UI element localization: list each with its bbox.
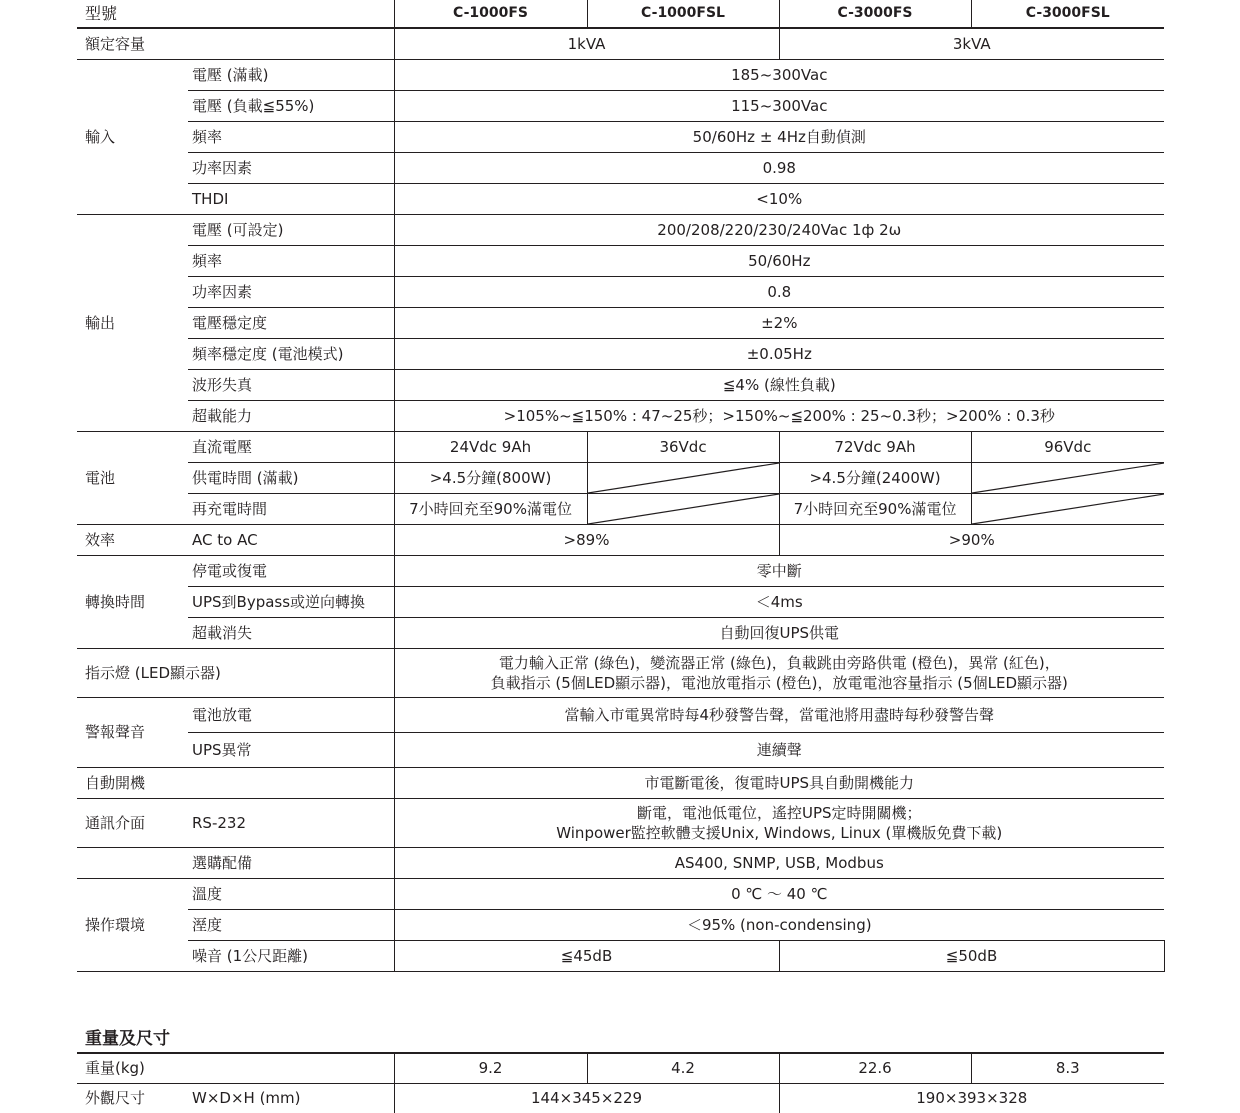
- output-label: 輸出: [77, 215, 188, 432]
- battery-recharge-time-label: 再充電時間: [188, 494, 394, 525]
- environment-label: 操作環境: [77, 879, 188, 972]
- input-row: 頻率 50/60Hz ± 4Hz自動偵測: [77, 122, 1164, 153]
- input-label: 輸入: [77, 60, 188, 215]
- input-row: 輸入 電壓 (滿載) 185~300Vac: [77, 60, 1164, 91]
- input-value: <10%: [394, 184, 1164, 215]
- transfer-row: 轉換時間 停電或復電 零中斷: [77, 556, 1164, 587]
- efficiency-value-1k: >89%: [394, 525, 779, 556]
- not-applicable-cell: [587, 463, 779, 494]
- battery-row: 供電時間 (滿載) >4.5分鐘(800W) >4.5分鐘(2400W): [77, 463, 1164, 494]
- comm-row: 通訊介面 RS-232 斷電，電池低電位，遙控UPS定時開關機； Winpowe…: [77, 799, 1164, 848]
- model-c1000fs: C-1000FS: [394, 0, 587, 28]
- output-sub-label: 電壓 (可設定): [188, 215, 394, 246]
- environment-noise-value-3k: ≦50dB: [779, 941, 1164, 972]
- alarm-value: 連續聲: [394, 733, 1164, 768]
- input-value: 50/60Hz ± 4Hz自動偵測: [394, 122, 1164, 153]
- output-sub-label: 功率因素: [188, 277, 394, 308]
- efficiency-label: 效率: [77, 525, 188, 556]
- rated-capacity-1k: 1kVA: [394, 28, 779, 60]
- section-title-weight-dimensions: 重量及尺寸: [85, 1024, 170, 1049]
- output-row: 頻率 50/60Hz: [77, 246, 1164, 277]
- input-sub-label: 電壓 (滿載): [188, 60, 394, 91]
- transfer-value: 零中斷: [394, 556, 1164, 587]
- indicator-row: 指示燈 (LED顯示器) 電力輸入正常 (綠色)，變流器正常 (綠色)，負載跳由…: [77, 649, 1164, 698]
- output-sub-label: 頻率穩定度 (電池模式): [188, 339, 394, 370]
- environment-noise-value-1k: ≦45dB: [394, 941, 779, 972]
- efficiency-value-3k: >90%: [779, 525, 1164, 556]
- dimensions-value-1k: 144×345×229: [394, 1084, 779, 1113]
- alarm-sub-label: 電池放電: [188, 698, 394, 733]
- auto-start-label: 自動開機: [77, 768, 394, 799]
- input-row: 電壓 (負載≦55%) 115~300Vac: [77, 91, 1164, 122]
- input-row: THDI <10%: [77, 184, 1164, 215]
- input-value: 0.98: [394, 153, 1164, 184]
- output-value: 50/60Hz: [394, 246, 1164, 277]
- weight-value: 8.3: [971, 1053, 1164, 1084]
- battery-dc-voltage-label: 直流電壓: [188, 432, 394, 463]
- indicator-line-1: 電力輸入正常 (綠色)，變流器正常 (綠色)，負載跳由旁路供電 (橙色)，異常 …: [395, 653, 1165, 673]
- transfer-sub-label: 停電或復電: [188, 556, 394, 587]
- environment-row: 操作環境 溫度 0 ℃ ～ 40 ℃: [77, 879, 1164, 910]
- output-sub-label: 頻率: [188, 246, 394, 277]
- battery-backup-time-value: >4.5分鐘(800W): [394, 463, 587, 494]
- indicator-line-2: 負載指示 (5個LED顯示器)，電池放電指示 (橙色)，放電電池容量指示 (5個…: [395, 673, 1165, 693]
- transfer-value: ＜4ms: [394, 587, 1164, 618]
- battery-recharge-time-value: 7小時回充至90%滿電位: [394, 494, 587, 525]
- environment-row: 噪音 (1公尺距離) ≦45dB ≦50dB: [77, 941, 1164, 972]
- alarm-row: 警報聲音 電池放電 當輸入市電異常時每4秒發警告聲，當電池將用盡時每秒發警告聲: [77, 698, 1164, 733]
- output-value: 0.8: [394, 277, 1164, 308]
- input-row: 功率因素 0.98: [77, 153, 1164, 184]
- auto-start-row: 自動開機 市電斷電後，復電時UPS具自動開機能力: [77, 768, 1164, 799]
- empty-cell: [77, 848, 188, 879]
- battery-dc-voltage-value: 96Vdc: [971, 432, 1164, 463]
- not-applicable-cell: [971, 463, 1164, 494]
- comm-rs232-label: RS-232: [188, 799, 394, 848]
- diagonal-slash-icon: [972, 463, 1165, 493]
- environment-temperature-label: 溫度: [188, 879, 394, 910]
- model-label: 型號: [77, 0, 394, 28]
- battery-recharge-time-value: 7小時回充至90%滿電位: [779, 494, 971, 525]
- output-row: 功率因素 0.8: [77, 277, 1164, 308]
- input-value: 185~300Vac: [394, 60, 1164, 91]
- rated-capacity-label: 額定容量: [77, 28, 394, 60]
- dimensions-sub-label: W×D×H (mm): [188, 1084, 394, 1113]
- weight-row: 重量(kg) 9.2 4.2 22.6 8.3: [77, 1053, 1164, 1084]
- battery-row: 電池 直流電壓 24Vdc 9Ah 36Vdc 72Vdc 9Ah 96Vdc: [77, 432, 1164, 463]
- indicator-label: 指示燈 (LED顯示器): [77, 649, 394, 698]
- output-sub-label: 超載能力: [188, 401, 394, 432]
- battery-label: 電池: [77, 432, 188, 525]
- battery-row: 再充電時間 7小時回充至90%滿電位 7小時回充至90%滿電位: [77, 494, 1164, 525]
- comm-rs232-value: 斷電，電池低電位，遙控UPS定時開關機； Winpower監控軟體支援Unix,…: [394, 799, 1164, 848]
- input-value: 115~300Vac: [394, 91, 1164, 122]
- battery-dc-voltage-value: 36Vdc: [587, 432, 779, 463]
- efficiency-sub-label: AC to AC: [188, 525, 394, 556]
- indicator-value: 電力輸入正常 (綠色)，變流器正常 (綠色)，負載跳由旁路供電 (橙色)，異常 …: [394, 649, 1164, 698]
- environment-humidity-label: 溼度: [188, 910, 394, 941]
- output-sub-label: 電壓穩定度: [188, 308, 394, 339]
- alarm-sub-label: UPS異常: [188, 733, 394, 768]
- comm-rs232-line-2: Winpower監控軟體支援Unix, Windows, Linux (單機版免…: [395, 823, 1165, 843]
- environment-humidity-value: ＜95% (non-condensing): [394, 910, 1164, 941]
- rated-capacity-3k: 3kVA: [779, 28, 1164, 60]
- alarm-label: 警報聲音: [77, 698, 188, 768]
- output-value: >105%~≦150% : 47~25秒；>150%~≦200% : 25~0.…: [394, 401, 1164, 432]
- environment-row: 溼度 ＜95% (non-condensing): [77, 910, 1164, 941]
- weight-label: 重量(kg): [77, 1053, 394, 1084]
- model-c3000fsl: C-3000FSL: [971, 0, 1164, 28]
- diagonal-slash-icon: [588, 494, 779, 524]
- output-row: 電壓穩定度 ±2%: [77, 308, 1164, 339]
- dimensions-label: 外觀尺寸: [77, 1084, 188, 1113]
- transfer-sub-label: 超載消失: [188, 618, 394, 649]
- model-c3000fs: C-3000FS: [779, 0, 971, 28]
- output-row: 波形失真 ≦4% (線性負載): [77, 370, 1164, 401]
- header-row: 型號 C-1000FS C-1000FSL C-3000FS C-3000FSL: [77, 0, 1164, 28]
- weight-value: 22.6: [779, 1053, 971, 1084]
- auto-start-value: 市電斷電後，復電時UPS具自動開機能力: [394, 768, 1164, 799]
- transfer-row: 超載消失 自動回復UPS供電: [77, 618, 1164, 649]
- diagonal-slash-icon: [972, 494, 1165, 524]
- alarm-row: UPS異常 連續聲: [77, 733, 1164, 768]
- model-c1000fsl: C-1000FSL: [587, 0, 779, 28]
- output-row: 頻率穩定度 (電池模式) ±0.05Hz: [77, 339, 1164, 370]
- weight-value: 4.2: [587, 1053, 779, 1084]
- output-value: ±2%: [394, 308, 1164, 339]
- comm-label: 通訊介面: [77, 799, 188, 848]
- efficiency-row: 效率 AC to AC >89% >90%: [77, 525, 1164, 556]
- input-sub-label: 功率因素: [188, 153, 394, 184]
- input-sub-label: 頻率: [188, 122, 394, 153]
- dimensions-value-3k: 190×393×328: [779, 1084, 1164, 1113]
- comm-rs232-line-1: 斷電，電池低電位，遙控UPS定時開關機；: [395, 803, 1165, 823]
- not-applicable-cell: [971, 494, 1164, 525]
- battery-backup-time-value: >4.5分鐘(2400W): [779, 463, 971, 494]
- input-sub-label: 電壓 (負載≦55%): [188, 91, 394, 122]
- weight-value: 9.2: [394, 1053, 587, 1084]
- environment-noise-label: 噪音 (1公尺距離): [188, 941, 394, 972]
- output-value: ≦4% (線性負載): [394, 370, 1164, 401]
- output-row: 輸出 電壓 (可設定) 200/208/220/230/240Vac 1ф 2ω: [77, 215, 1164, 246]
- rated-capacity-row: 額定容量 1kVA 3kVA: [77, 28, 1164, 60]
- comm-optional-row: 選購配備 AS400, SNMP, USB, Modbus: [77, 848, 1164, 879]
- battery-dc-voltage-value: 72Vdc 9Ah: [779, 432, 971, 463]
- battery-dc-voltage-value: 24Vdc 9Ah: [394, 432, 587, 463]
- output-value: 200/208/220/230/240Vac 1ф 2ω: [394, 215, 1164, 246]
- transfer-time-label: 轉換時間: [77, 556, 188, 649]
- transfer-sub-label: UPS到Bypass或逆向轉換: [188, 587, 394, 618]
- output-row: 超載能力 >105%~≦150% : 47~25秒；>150%~≦200% : …: [77, 401, 1164, 432]
- dimensions-table: 重量(kg) 9.2 4.2 22.6 8.3 外觀尺寸 W×D×H (mm) …: [77, 1052, 1164, 1113]
- dimensions-row: 外觀尺寸 W×D×H (mm) 144×345×229 190×393×328: [77, 1084, 1164, 1113]
- transfer-value: 自動回復UPS供電: [394, 618, 1164, 649]
- transfer-row: UPS到Bypass或逆向轉換 ＜4ms: [77, 587, 1164, 618]
- output-sub-label: 波形失真: [188, 370, 394, 401]
- alarm-value: 當輸入市電異常時每4秒發警告聲，當電池將用盡時每秒發警告聲: [394, 698, 1164, 733]
- spec-table: 型號 C-1000FS C-1000FSL C-3000FS C-3000FSL…: [77, 0, 1165, 972]
- environment-temperature-value: 0 ℃ ～ 40 ℃: [394, 879, 1164, 910]
- battery-backup-time-label: 供電時間 (滿載): [188, 463, 394, 494]
- output-value: ±0.05Hz: [394, 339, 1164, 370]
- input-sub-label: THDI: [188, 184, 394, 215]
- not-applicable-cell: [587, 494, 779, 525]
- comm-optional-value: AS400, SNMP, USB, Modbus: [394, 848, 1164, 879]
- comm-optional-label: 選購配備: [188, 848, 394, 879]
- diagonal-slash-icon: [588, 463, 779, 493]
